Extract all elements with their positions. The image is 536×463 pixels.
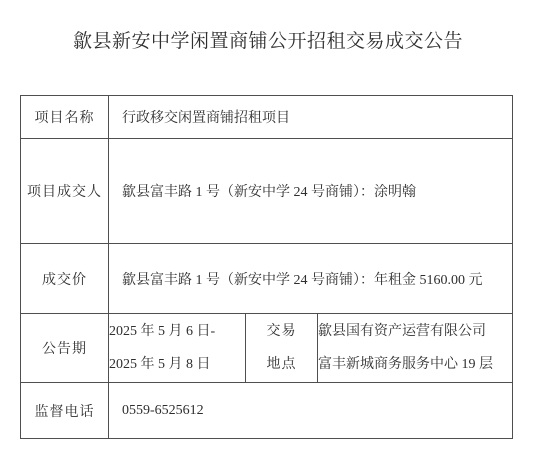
table-row-winner: 项目成交人 歙县富丰路 1 号（新安中学 24 号商铺）：涂明翰 — [21, 139, 513, 244]
venue-line-2: 富丰新城商务服务中心 19 层 — [318, 348, 512, 381]
announcement-period-label: 公告期 — [21, 314, 109, 383]
document-title: 歙县新安中学闲置商铺公开招租交易成交公告 — [0, 26, 536, 53]
winner-value: 歙县富丰路 1 号（新安中学 24 号商铺）：涂明翰 — [109, 139, 513, 244]
phone-label: 监督电话 — [21, 383, 109, 439]
announcement-table: 项目名称 行政移交闲置商铺招租项目 项目成交人 歙县富丰路 1 号（新安中学 2… — [20, 95, 513, 439]
venue-value: 歙县国有资产运营有限公司 富丰新城商务服务中心 19 层 — [318, 314, 513, 383]
price-value: 歙县富丰路 1 号（新安中学 24 号商铺）：年租金 5160.00 元 — [109, 244, 513, 314]
table-row-price: 成交价 歙县富丰路 1 号（新安中学 24 号商铺）：年租金 5160.00 元 — [21, 244, 513, 314]
venue-label: 交易 地点 — [246, 314, 318, 383]
project-name-value: 行政移交闲置商铺招租项目 — [109, 96, 513, 139]
venue-label-line-2: 地点 — [246, 348, 317, 381]
venue-label-line-1: 交易 — [246, 315, 317, 348]
table-row-project-name: 项目名称 行政移交闲置商铺招租项目 — [21, 96, 513, 139]
announcement-period-value: 2025 年 5 月 6 日- 2025 年 5 月 8 日 — [109, 314, 246, 383]
phone-value: 0559-6525612 — [109, 383, 513, 439]
winner-label: 项目成交人 — [21, 139, 109, 244]
price-label: 成交价 — [21, 244, 109, 314]
project-name-label: 项目名称 — [21, 96, 109, 139]
announcement-period-line-1: 2025 年 5 月 6 日- — [109, 315, 245, 348]
table-row-period-venue: 公告期 2025 年 5 月 6 日- 2025 年 5 月 8 日 交易 地点… — [21, 314, 513, 383]
venue-line-1: 歙县国有资产运营有限公司 — [318, 315, 512, 348]
announcement-document: 歙县新安中学闲置商铺公开招租交易成交公告 项目名称 行政移交闲置商铺招租项目 项… — [0, 0, 536, 463]
announcement-period-line-2: 2025 年 5 月 8 日 — [109, 348, 245, 381]
table-row-phone: 监督电话 0559-6525612 — [21, 383, 513, 439]
